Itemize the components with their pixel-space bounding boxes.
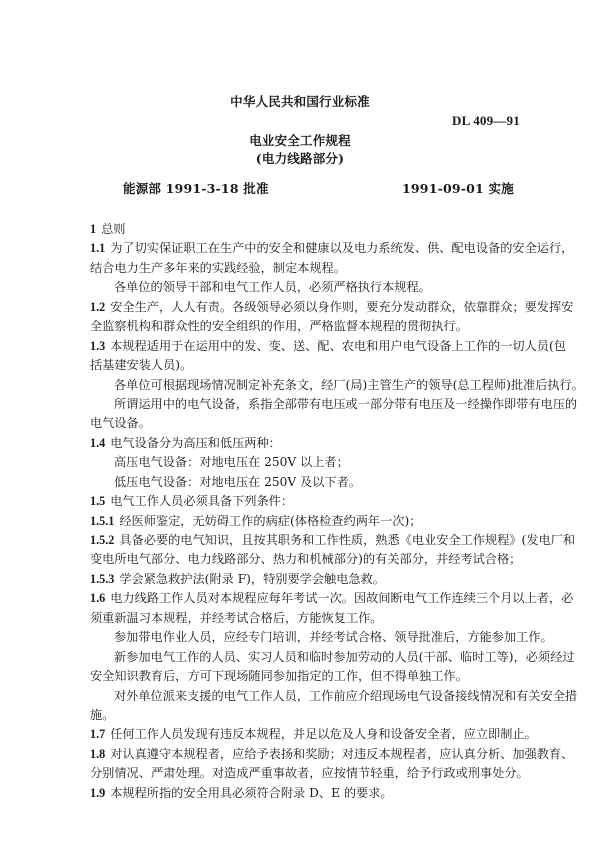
paragraph-line: 各单位的领导干部和电气工作人员，必须严格执行本规程。 bbox=[90, 278, 512, 297]
line-text: 总则 bbox=[101, 222, 125, 236]
clause-1-5-3: 1.5.3学会紧急救护法(附录 F)，特别要学会触电急救。 bbox=[90, 570, 512, 589]
clause-number: 1.4 bbox=[90, 436, 105, 450]
line-text: 括基建安装人员)。 bbox=[90, 358, 192, 372]
paragraph-line: 新参加电气工作的人员、实习人员和临时参加劳动的人员(干部、临时工等)，必须经过 bbox=[90, 648, 512, 667]
paragraph-line: 各单位可根据现场情况制定补充条文，经厂(局)主管生产的领导(总工程师)批准后执行… bbox=[90, 376, 512, 395]
line-text: 须重新温习本规程，并经考试合格后，方能恢复工作。 bbox=[90, 611, 383, 625]
paragraph-line: 参加带电作业人员，应经专门培训，并经考试合格、领导批准后，方能参加工作。 bbox=[90, 628, 512, 647]
clause-1-8: 1.8对认真遵守本规程者，应给予表扬和奖励；对违反本规程者，应认真分析、加强教育… bbox=[90, 745, 512, 764]
paragraph-line: 变电所电气部分、电力线路部分、热力和机械部分)的有关部分，并经考试合格； bbox=[90, 550, 512, 569]
paragraph-line: 分别情况、严肃处理。对造成严重事故者，应按情节轻重，给予行政或刑事处分。 bbox=[90, 764, 512, 783]
line-text: 参加带电作业人员，应经专门培训，并经考试合格、领导批准后，方能参加工作。 bbox=[114, 630, 553, 644]
paragraph-line: 施。 bbox=[90, 706, 512, 725]
clause-1-9: 1.9本规程所指的安全用具必须符合附录 D、E 的要求。 bbox=[90, 784, 512, 803]
line-text: 对外单位派来支援的电气工作人员，工作前应介绍现场电气设备接线情况和有关安全措 bbox=[114, 689, 577, 703]
body-text: 1总则1.1为了切实保证职工在生产中的安全和健康以及电力系统发、供、配电设备的安… bbox=[90, 220, 512, 803]
line-text: 电力线路工作人员对本规程应每年考试一次。因故间断电气工作连续三个月以上者，必 bbox=[110, 591, 573, 605]
clause-number: 1.5.1 bbox=[90, 514, 114, 528]
line-text: 电气设备。 bbox=[90, 416, 151, 430]
clause-number: 1.9 bbox=[90, 786, 105, 800]
line-text: 各单位可根据现场情况制定补充条文，经厂(局)主管生产的领导(总工程师)批准后执行… bbox=[114, 378, 584, 392]
clause-number: 1.6 bbox=[90, 591, 105, 605]
paragraph-line: 对外单位派来支援的电气工作人员，工作前应介绍现场电气设备接线情况和有关安全措 bbox=[90, 687, 512, 706]
paragraph-line: 所谓运用中的电气设备，系指全部带有电压或一部分带有电压及一经操作即带有电压的 bbox=[90, 395, 512, 414]
paragraph-line: 安全知识教育后，方可下现场随同参加指定的工作，但不得单独工作。 bbox=[90, 667, 512, 686]
standard-category: 中华人民共和国行业标准 bbox=[0, 92, 600, 110]
line-text: 各单位的领导干部和电气工作人员，必须严格执行本规程。 bbox=[114, 280, 431, 294]
clause-1-5: 1.5电气工作人员必须具备下列条件： bbox=[90, 492, 512, 511]
clause-1: 1总则 bbox=[90, 220, 512, 239]
line-text: 所谓运用中的电气设备，系指全部带有电压或一部分带有电压及一经操作即带有电压的 bbox=[114, 397, 577, 411]
clause-number: 1 bbox=[90, 222, 96, 236]
clause-1-5-2: 1.5.2具备必要的电气知识，且按其职务和工作性质，熟悉《电业安全工作规程》(发… bbox=[90, 531, 512, 550]
paragraph-line: 低压电气设备：对地电压在 250V 及以下者。 bbox=[90, 473, 512, 492]
line-text: 本规程所指的安全用具必须符合附录 D、E 的要求。 bbox=[110, 786, 392, 800]
standard-code: DL 409—91 bbox=[452, 113, 520, 129]
clause-1-4: 1.4电气设备分为高压和低压两种： bbox=[90, 434, 512, 453]
clause-1-5-1: 1.5.1经医师鉴定，无妨碍工作的病症(体格检查约两年一次)； bbox=[90, 512, 512, 531]
document-title: 电业安全工作规程 bbox=[0, 131, 600, 149]
clause-1-6: 1.6电力线路工作人员对本规程应每年考试一次。因故间断电气工作连续三个月以上者，… bbox=[90, 589, 512, 608]
line-text: 学会紧急救护法(附录 F)，特别要学会触电急救。 bbox=[119, 572, 385, 586]
paragraph-line: 全监察机构和群众性的安全组织的作用，严格监督本规程的贯彻执行。 bbox=[90, 317, 512, 336]
clause-1-7: 1.7任何工作人员发现有违反本规程，并足以危及人身和设备安全者，应立即制止。 bbox=[90, 725, 512, 744]
line-text: 具备必要的电气知识，且按其职务和工作性质，熟悉《电业安全工作规程》(发电厂和 bbox=[119, 533, 575, 547]
line-text: 全监察机构和群众性的安全组织的作用，严格监督本规程的贯彻执行。 bbox=[90, 319, 468, 333]
line-text: 电气设备分为高压和低压两种： bbox=[110, 436, 281, 450]
effective-date: 1991-09-01 实施 bbox=[402, 179, 514, 197]
line-text: 高压电气设备：对地电压在 250V 以上者； bbox=[114, 455, 349, 469]
paragraph-line: 高压电气设备：对地电压在 250V 以上者； bbox=[90, 453, 512, 472]
clause-number: 1.2 bbox=[90, 300, 105, 314]
paragraph-line: 须重新温习本规程，并经考试合格后，方能恢复工作。 bbox=[90, 609, 512, 628]
clause-number: 1.5.2 bbox=[90, 533, 114, 547]
paragraph-line: 结合电力生产多年来的实践经验，制定本规程。 bbox=[90, 259, 512, 278]
clause-number: 1.8 bbox=[90, 747, 105, 761]
line-text: 安全生产，人人有责。各级领导必须以身作则，要充分发动群众，依靠群众；要发挥安 bbox=[110, 300, 573, 314]
line-text: 对认真遵守本规程者，应给予表扬和奖励；对违反本规程者，应认真分析、加强教育、 bbox=[110, 747, 573, 761]
paragraph-line: 括基建安装人员)。 bbox=[90, 356, 512, 375]
clause-number: 1.5.3 bbox=[90, 572, 114, 586]
clause-1-3: 1.3本规程适用于在运用中的发、变、送、配、农电和用户电气设备上工作的一切人员(… bbox=[90, 337, 512, 356]
document-subtitle: (电力线路部分) bbox=[0, 149, 600, 167]
line-text: 变电所电气部分、电力线路部分、热力和机械部分)的有关部分，并经考试合格； bbox=[90, 552, 521, 566]
clause-number: 1.3 bbox=[90, 339, 105, 353]
clause-number: 1.7 bbox=[90, 727, 105, 741]
paragraph-line: 电气设备。 bbox=[90, 414, 512, 433]
line-text: 新参加电气工作的人员、实习人员和临时参加劳动的人员(干部、临时工等)，必须经过 bbox=[114, 650, 574, 664]
clause-number: 1.1 bbox=[90, 241, 105, 255]
line-text: 低压电气设备：对地电压在 250V 及以下者。 bbox=[114, 475, 361, 489]
line-text: 分别情况、严肃处理。对造成严重事故者，应按情节轻重，给予行政或刑事处分。 bbox=[90, 766, 529, 780]
line-text: 结合电力生产多年来的实践经验，制定本规程。 bbox=[90, 261, 346, 275]
clause-number: 1.5 bbox=[90, 494, 105, 508]
clause-1-1: 1.1为了切实保证职工在生产中的安全和健康以及电力系统发、供、配电设备的安全运行… bbox=[90, 239, 512, 258]
line-text: 施。 bbox=[90, 708, 114, 722]
line-text: 为了切实保证职工在生产中的安全和健康以及电力系统发、供、配电设备的安全运行， bbox=[110, 241, 573, 255]
line-text: 电气工作人员必须具备下列条件： bbox=[110, 494, 293, 508]
line-text: 本规程适用于在运用中的发、变、送、配、农电和用户电气设备上工作的一切人员(包 bbox=[110, 339, 566, 353]
line-text: 安全知识教育后，方可下现场随同参加指定的工作，但不得单独工作。 bbox=[90, 669, 468, 683]
line-text: 任何工作人员发现有违反本规程，并足以危及人身和设备安全者，应立即制止。 bbox=[110, 727, 537, 741]
clause-1-2: 1.2安全生产，人人有责。各级领导必须以身作则，要充分发动群众，依靠群众；要发挥… bbox=[90, 298, 512, 317]
line-text: 经医师鉴定，无妨碍工作的病症(体格检查约两年一次)； bbox=[119, 514, 421, 528]
approval-info: 能源部 1991-3-18 批准 bbox=[123, 179, 269, 197]
